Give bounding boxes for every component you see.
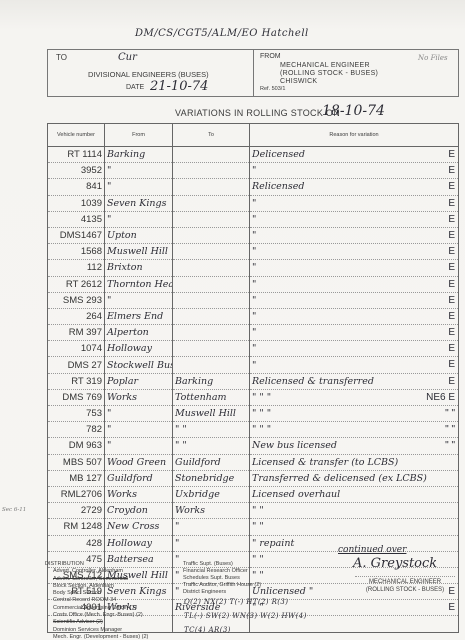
- table-row: 1568Muswell Hill"E: [48, 244, 459, 260]
- column-header-vehicle: Vehicle number: [48, 124, 105, 147]
- table-row: DM 963"" "New bus licensed" ": [48, 438, 459, 454]
- reason-code: E: [448, 293, 455, 308]
- vehicle-number: DM 963: [48, 438, 105, 454]
- reason-code: E: [448, 212, 455, 227]
- vehicle-number: RT 2612: [48, 276, 105, 292]
- table-row: MBS 507Wood GreenGuildfordLicensed & tra…: [48, 454, 459, 470]
- reason-code: E: [448, 196, 455, 211]
- reason-text: ": [252, 293, 402, 308]
- reason-cell: RelicensedE: [250, 179, 459, 195]
- distribution-item: Traffic Auditor, Griffith House (2): [183, 582, 261, 589]
- vehicle-number: 1568: [48, 244, 105, 260]
- to-garage: Tottenham: [173, 389, 250, 405]
- to-label: TO: [56, 53, 67, 62]
- reason-cell: " " "" ": [250, 422, 459, 438]
- to-garage: [173, 341, 250, 357]
- reason-code: E: [448, 179, 455, 194]
- reference-number: Ref. 503/1: [260, 86, 285, 92]
- vehicle-number: RT 319: [48, 373, 105, 389]
- reason-text: " ": [252, 503, 402, 518]
- distribution-item: Central Record ROOM 34: [53, 597, 148, 604]
- to-garage: Works: [173, 503, 250, 519]
- reason-cell: Transferred & delicensed (ex LCBS): [250, 470, 459, 486]
- table-row: RML2706WorksUxbridgeLicensed overhaul: [48, 486, 459, 502]
- to-garage: [173, 179, 250, 195]
- table-row: 782"" "" " "" ": [48, 422, 459, 438]
- to-garage: [173, 163, 250, 179]
- document-page: DM/CS/CGT5/ALM/EO Hatchell TO Cur DIVISI…: [0, 0, 465, 640]
- vehicle-number: 753: [48, 406, 105, 422]
- from-garage: ": [105, 406, 173, 422]
- to-garage: ": [173, 519, 250, 535]
- vehicle-number: 264: [48, 308, 105, 324]
- reason-code: E: [448, 374, 455, 389]
- reason-code: E: [448, 600, 455, 615]
- signature: A. Greystock: [353, 556, 437, 571]
- from-garage: Wood Green: [105, 454, 173, 470]
- table-row: 264Elmers End"E: [48, 308, 459, 324]
- from-garage: Works: [105, 486, 173, 502]
- vehicle-number: 1039: [48, 195, 105, 211]
- reason-code: E: [448, 228, 455, 243]
- table-row: 3952""E: [48, 163, 459, 179]
- from-garage: Thornton Heath: [105, 276, 173, 292]
- to-garage: [173, 276, 250, 292]
- reason-code: " ": [445, 422, 455, 437]
- table-row: RM 1248New Cross"" ": [48, 519, 459, 535]
- garage-codes-line-1: Q(2) NX(2) T(-) HT(2) R(3): [184, 598, 288, 606]
- table-row: 112Brixton"E: [48, 260, 459, 276]
- table-row: 753"Muswell Hill" " "" ": [48, 406, 459, 422]
- distribution-item: Scientific Adviser (2): [53, 619, 148, 626]
- reason-cell: " " "NE6 E: [250, 389, 459, 405]
- reason-text: ": [252, 228, 402, 243]
- distribution-item: Body Spec. Section: [53, 590, 148, 597]
- date-label: DATE: [126, 84, 144, 91]
- vehicle-number: RT 1114: [48, 147, 105, 163]
- distribution-item: Advert. Controller, Aldenham: [53, 568, 148, 575]
- table-row: DMS 27Stockwell Bus"E: [48, 357, 459, 373]
- reason-cell: " ": [250, 503, 459, 519]
- reason-text: ": [252, 358, 402, 373]
- garage-codes-line-2: TL(-) SW(2) WN(3) W(2) HW(4): [184, 612, 307, 620]
- to-garage: [173, 260, 250, 276]
- reason-text: ": [252, 196, 402, 211]
- reason-text: Relicensed & transferred: [252, 374, 402, 389]
- reason-text: ": [252, 277, 402, 292]
- from-garage: ": [105, 179, 173, 195]
- from-garage: Brixton: [105, 260, 173, 276]
- vehicle-number: RM 397: [48, 325, 105, 341]
- to-garage: [173, 292, 250, 308]
- reason-code: E: [448, 277, 455, 292]
- distribution-item: Traffic Supt. (Buses): [183, 561, 261, 568]
- table-row: DMS 769WorksTottenham" " "NE6 E: [48, 389, 459, 405]
- from-garage: Guildford: [105, 470, 173, 486]
- reason-text: ": [252, 325, 402, 340]
- distribution-list-right: Traffic Supt. (Buses)Financial Research …: [183, 561, 261, 596]
- reason-cell: "E: [250, 195, 459, 211]
- to-garage: Barking: [173, 373, 250, 389]
- vehicle-number: 4135: [48, 211, 105, 227]
- table-row: MB 127GuildfordStonebridgeTransferred & …: [48, 470, 459, 486]
- vehicle-number: 2729: [48, 503, 105, 519]
- continued-note: continued over: [338, 545, 406, 555]
- from-line-2: (ROLLING STOCK - BUSES): [280, 70, 378, 77]
- reason-code: E: [448, 260, 455, 275]
- reason-cell: "E: [250, 325, 459, 341]
- to-garage: Stonebridge: [173, 470, 250, 486]
- title-date: 18-10-74: [322, 103, 385, 119]
- page-title: VARIATIONS IN ROLLING STOCK ON: [175, 108, 340, 118]
- distribution-item: Block Section, Aldenham: [53, 583, 148, 590]
- vehicle-number: DMS1467: [48, 227, 105, 243]
- table-row: DMS1467Upton"E: [48, 227, 459, 243]
- from-garage: Stockwell Bus: [105, 357, 173, 373]
- reason-cell: " " "" ": [250, 406, 459, 422]
- table-row: SMS 293""E: [48, 292, 459, 308]
- reason-cell: " ": [250, 519, 459, 535]
- from-garage: Alperton: [105, 325, 173, 341]
- to-garage: [173, 227, 250, 243]
- vehicle-number: 782: [48, 422, 105, 438]
- reason-cell: "E: [250, 163, 459, 179]
- reason-cell: Licensed overhaul: [250, 486, 459, 502]
- table-header-row: Vehicle number From To Reason for variat…: [48, 124, 459, 147]
- reason-code: E: [448, 309, 455, 324]
- vehicle-number: 112: [48, 260, 105, 276]
- to-recipient: DIVISIONAL ENGINEERS (BUSES): [88, 70, 209, 79]
- from-garage: New Cross: [105, 519, 173, 535]
- column-header-from: From: [105, 124, 173, 147]
- reason-cell: "E: [250, 308, 459, 324]
- reason-cell: DelicensedE: [250, 147, 459, 163]
- from-garage: Holloway: [105, 341, 173, 357]
- to-garage: [173, 357, 250, 373]
- vehicle-number: MBS 507: [48, 454, 105, 470]
- table-row: 841"RelicensedE: [48, 179, 459, 195]
- to-garage: Muswell Hill: [173, 406, 250, 422]
- from-label: FROM: [260, 53, 281, 60]
- reason-cell: "E: [250, 211, 459, 227]
- reason-text: " ": [252, 519, 402, 534]
- table-row: RT 319PoplarBarkingRelicensed & transfer…: [48, 373, 459, 389]
- to-garage: Uxbridge: [173, 486, 250, 502]
- vehicle-number: SMS 293: [48, 292, 105, 308]
- reason-cell: "E: [250, 276, 459, 292]
- reason-code: E: [448, 147, 455, 162]
- reason-text: ": [252, 309, 402, 324]
- table-row: 1039Seven Kings"E: [48, 195, 459, 211]
- table-row: 4135""E: [48, 211, 459, 227]
- distribution-title: DISTRIBUTION: [45, 561, 148, 568]
- vehicle-number: RML2706: [48, 486, 105, 502]
- reason-text: Transferred & delicensed (ex LCBS): [252, 471, 402, 486]
- to-garage: Guildford: [173, 454, 250, 470]
- to-garage: [173, 308, 250, 324]
- header-divider: [253, 50, 254, 96]
- to-garage: " ": [173, 422, 250, 438]
- distribution-list: DISTRIBUTION Advert. Controller, Aldenha…: [45, 561, 148, 640]
- table-row: RT 1114BarkingDelicensedE: [48, 147, 459, 163]
- reason-cell: Licensed & transfer (to LCBS): [250, 454, 459, 470]
- reason-code: E: [448, 163, 455, 178]
- reason-code: E: [448, 244, 455, 259]
- reason-text: ": [252, 260, 402, 275]
- to-garage: [173, 244, 250, 260]
- reason-cell: "E: [250, 244, 459, 260]
- reason-text: ": [252, 163, 402, 178]
- reason-text: ": [252, 244, 402, 259]
- distribution-item: Dominion Services Manager: [53, 627, 148, 634]
- from-line-1: MECHANICAL ENGINEER: [280, 62, 370, 69]
- distribution-item: Advert. Controller, Commercial: [53, 576, 148, 583]
- distribution-item: Mech. Engr. (Development - Buses) (2): [53, 634, 148, 640]
- from-garage: Upton: [105, 227, 173, 243]
- reason-text: New bus licensed: [252, 438, 402, 453]
- vehicle-number: 841: [48, 179, 105, 195]
- from-garage: Croydon: [105, 503, 173, 519]
- reason-text: Licensed & transfer (to LCBS): [252, 455, 402, 470]
- vehicle-number: MB 127: [48, 470, 105, 486]
- to-scrawl: Cur: [118, 52, 137, 63]
- reason-cell: Relicensed & transferredE: [250, 373, 459, 389]
- reason-code: E: [448, 357, 455, 372]
- vehicle-number: RM 1248: [48, 519, 105, 535]
- to-garage: ": [173, 535, 250, 551]
- from-garage: Elmers End: [105, 308, 173, 324]
- reason-text: Licensed overhaul: [252, 487, 402, 502]
- from-garage: ": [105, 163, 173, 179]
- vehicle-number: 1074: [48, 341, 105, 357]
- column-header-to: To: [173, 124, 250, 147]
- column-header-reason: Reason for variation: [250, 124, 459, 147]
- reason-text: " " ": [252, 406, 402, 421]
- from-garage: Barking: [105, 147, 173, 163]
- reason-code: " ": [445, 438, 455, 453]
- from-garage: ": [105, 292, 173, 308]
- to-garage: [173, 195, 250, 211]
- from-line-3: CHISWICK: [280, 78, 317, 85]
- distribution-item: Commercial Advertising Officer (7): [53, 605, 148, 612]
- distribution-item: Financial Research Officer: [183, 568, 261, 575]
- date-value: 21-10-74: [150, 79, 208, 94]
- reason-cell: "E: [250, 227, 459, 243]
- vehicle-number: 3952: [48, 163, 105, 179]
- reason-cell: "E: [250, 260, 459, 276]
- signatory-role: MECHANICAL ENGINEER (ROLLING STOCK - BUS…: [355, 576, 455, 594]
- reason-cell: "E: [250, 341, 459, 357]
- distribution-item: Schedules Supt. Buses: [183, 575, 261, 582]
- vehicle-number: 428: [48, 535, 105, 551]
- memo-header: TO Cur DIVISIONAL ENGINEERS (BUSES) DATE…: [47, 49, 459, 97]
- distribution-item: District Engineers: [183, 589, 261, 596]
- from-garage: ": [105, 422, 173, 438]
- to-garage: [173, 325, 250, 341]
- from-garage: ": [105, 211, 173, 227]
- from-note: No Files: [418, 54, 448, 62]
- from-garage: Holloway: [105, 535, 173, 551]
- from-garage: Works: [105, 389, 173, 405]
- vehicle-number: DMS 27: [48, 357, 105, 373]
- from-garage: Poplar: [105, 373, 173, 389]
- garage-codes-line-3: TC(4) AR(3): [184, 626, 231, 634]
- reason-text: Relicensed: [252, 179, 402, 194]
- from-garage: ": [105, 438, 173, 454]
- table-row: 2729CroydonWorks" ": [48, 503, 459, 519]
- table-row: RM 397Alperton"E: [48, 325, 459, 341]
- reason-text: ": [252, 212, 402, 227]
- reason-text: Delicensed: [252, 147, 402, 162]
- reason-cell: "E: [250, 292, 459, 308]
- reason-text: " " ": [252, 422, 402, 437]
- to-garage: " ": [173, 438, 250, 454]
- to-garage: [173, 147, 250, 163]
- reason-cell: "E: [250, 357, 459, 373]
- side-note: Sec 6-11: [2, 507, 26, 513]
- reference-scrawl: DM/CS/CGT5/ALM/EO Hatchell: [135, 28, 309, 39]
- reason-cell: New bus licensed" ": [250, 438, 459, 454]
- reason-code: E: [448, 341, 455, 356]
- from-garage: Seven Kings: [105, 195, 173, 211]
- signatory-role-line-2: (ROLLING STOCK - BUSES): [355, 586, 455, 594]
- vehicle-number: DMS 769: [48, 389, 105, 405]
- distribution-item: Costs Office (Mech. Engr.-Buses) (2): [53, 612, 148, 619]
- table-row: 1074Holloway"E: [48, 341, 459, 357]
- reason-code: E: [448, 325, 455, 340]
- reason-code: " ": [445, 406, 455, 421]
- from-garage: Muswell Hill: [105, 244, 173, 260]
- reason-text: " " ": [252, 390, 402, 405]
- reason-text: ": [252, 341, 402, 356]
- signatory-role-line-1: MECHANICAL ENGINEER: [355, 578, 455, 586]
- table-row: RT 2612Thornton Heath"E: [48, 276, 459, 292]
- to-garage: [173, 211, 250, 227]
- reason-code: NE6 E: [426, 390, 455, 405]
